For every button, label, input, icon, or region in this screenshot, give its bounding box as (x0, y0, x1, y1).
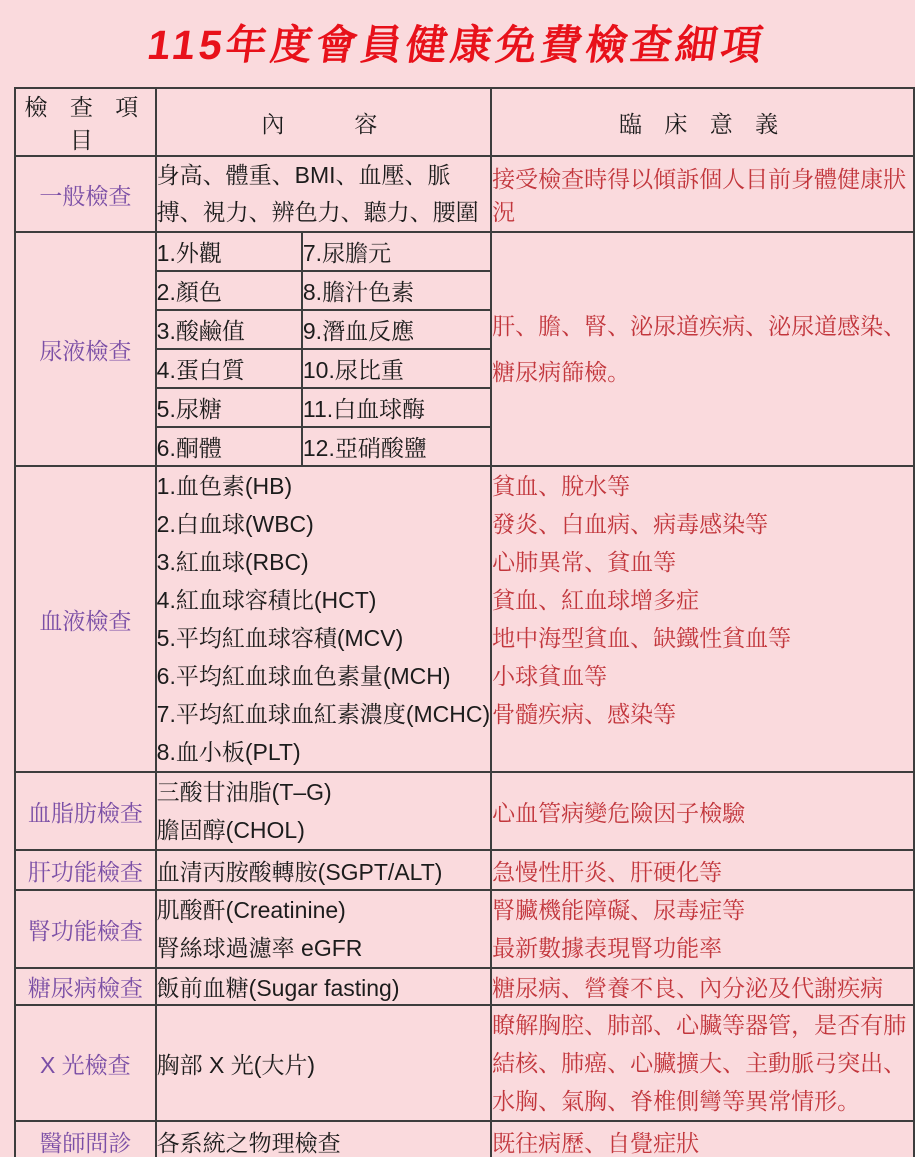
doctor-content: 各系統之物理檢查 (156, 1121, 492, 1157)
blood-meaning-line: 發炎、白血病、病毒感染等 (492, 505, 913, 543)
lipid-label: 血脂肪檢查 (15, 772, 156, 850)
urine-item: 12.亞硝酸鹽 (302, 427, 491, 466)
blood-item: 7.平均紅血球血紅素濃度(MCHC) (157, 695, 491, 733)
xray-label: X 光檢查 (15, 1005, 156, 1121)
row-doctor: 醫師問診 各系統之物理檢查 既往病歷、自覺症狀 (15, 1121, 914, 1157)
xray-content: 胸部 X 光(大片) (156, 1005, 492, 1121)
kidney-label: 腎功能檢查 (15, 890, 156, 968)
liver-label: 肝功能檢查 (15, 850, 156, 890)
blood-content: 1.血色素(HB) 2.白血球(WBC) 3.紅血球(RBC) 4.紅血球容積比… (156, 466, 492, 772)
blood-item: 5.平均紅血球容積(MCV) (157, 619, 491, 657)
kidney-line: 腎絲球過濾率 eGFR (157, 929, 491, 967)
row-general: 一般檢查 身高、體重、BMI、血壓、脈搏、視力、辨色力、聽力、腰圍 接受檢查時得… (15, 156, 914, 232)
page-title: 115年度會員健康免費檢查細項 (0, 12, 915, 71)
urine-item: 10.尿比重 (302, 349, 491, 388)
urine-meaning: 肝、膽、腎、泌尿道疾病、泌尿道感染、糖尿病篩檢。 (491, 232, 914, 466)
diabetes-content: 飯前血糖(Sugar fasting) (156, 968, 492, 1005)
liver-meaning: 急慢性肝炎、肝硬化等 (491, 850, 914, 890)
blood-label: 血液檢查 (15, 466, 156, 772)
kidney-line: 肌酸酐(Creatinine) (157, 891, 491, 929)
urine-meaning-text: 肝、膽、腎、泌尿道疾病、泌尿道感染、糖尿病篩檢。 (492, 303, 913, 395)
doctor-meaning: 既往病歷、自覺症狀 (491, 1121, 914, 1157)
row-diabetes: 糖尿病檢查 飯前血糖(Sugar fasting) 糖尿病、營養不良、內分泌及代… (15, 968, 914, 1005)
blood-item: 8.血小板(PLT) (157, 733, 491, 771)
row-xray: X 光檢查 胸部 X 光(大片) 瞭解胸腔、肺部、心臟等器管，是否有肺結核、肺癌… (15, 1005, 914, 1121)
blood-meaning-line: 小球貧血等 (492, 657, 913, 695)
lipid-meaning: 心血管病變危險因子檢驗 (491, 772, 914, 850)
kidney-content: 肌酸酐(Creatinine) 腎絲球過濾率 eGFR (156, 890, 492, 968)
urine-item: 4.蛋白質 (156, 349, 302, 388)
xray-meaning-text: 瞭解胸腔、肺部、心臟等器管，是否有肺結核、肺癌、心臟擴大、主動脈弓突出、水胸、氣… (492, 1006, 913, 1120)
general-label: 一般檢查 (15, 156, 156, 232)
kidney-meaning-line: 腎臟機能障礙、尿毒症等 (492, 891, 913, 929)
header-clinical-meaning: 臨 床 意 義 (491, 88, 914, 156)
urine-label: 尿液檢查 (15, 232, 156, 466)
row-liver: 肝功能檢查 血清丙胺酸轉胺(SGPT/ALT) 急慢性肝炎、肝硬化等 (15, 850, 914, 890)
blood-item: 3.紅血球(RBC) (157, 543, 491, 581)
urine-item: 7.尿膽元 (302, 232, 491, 271)
lipid-line: 膽固醇(CHOL) (157, 811, 491, 849)
table-header-row: 檢 查 項 目 內 容 臨 床 意 義 (15, 88, 914, 156)
blood-meaning-line: 貧血、脫水等 (492, 467, 913, 505)
urine-item: 2.顏色 (156, 271, 302, 310)
lipid-line: 三酸甘油脂(T–G) (157, 773, 491, 811)
lipid-content: 三酸甘油脂(T–G) 膽固醇(CHOL) (156, 772, 492, 850)
blood-item: 1.血色素(HB) (157, 467, 491, 505)
general-content-text: 身高、體重、BMI、血壓、脈搏、視力、辨色力、聽力、腰圍 (157, 157, 491, 231)
urine-item: 5.尿糖 (156, 388, 302, 427)
blood-meaning-line: 地中海型貧血、缺鐵性貧血等 (492, 619, 913, 657)
diabetes-label: 糖尿病檢查 (15, 968, 156, 1005)
urine-item: 8.膽汁色素 (302, 271, 491, 310)
urine-item: 1.外觀 (156, 232, 302, 271)
blood-meaning-line: 骨髓疾病、感染等 (492, 695, 913, 733)
health-check-table: 檢 查 項 目 內 容 臨 床 意 義 一般檢查 身高、體重、BMI、血壓、脈搏… (14, 87, 915, 1157)
liver-content: 血清丙胺酸轉胺(SGPT/ALT) (156, 850, 492, 890)
blood-meaning-line (492, 733, 913, 771)
blood-item: 6.平均紅血球血色素量(MCH) (157, 657, 491, 695)
blood-item: 4.紅血球容積比(HCT) (157, 581, 491, 619)
xray-meaning: 瞭解胸腔、肺部、心臟等器管，是否有肺結核、肺癌、心臟擴大、主動脈弓突出、水胸、氣… (491, 1005, 914, 1121)
urine-item: 11.白血球酶 (302, 388, 491, 427)
urine-item: 6.酮體 (156, 427, 302, 466)
blood-meaning-line: 心肺異常、貧血等 (492, 543, 913, 581)
urine-item: 9.潛血反應 (302, 310, 491, 349)
general-meaning: 接受檢查時得以傾訴個人目前身體健康狀況 (491, 156, 914, 232)
row-kidney: 腎功能檢查 肌酸酐(Creatinine) 腎絲球過濾率 eGFR 腎臟機能障礙… (15, 890, 914, 968)
row-blood: 血液檢查 1.血色素(HB) 2.白血球(WBC) 3.紅血球(RBC) 4.紅… (15, 466, 914, 772)
header-content: 內 容 (156, 88, 492, 156)
general-content: 身高、體重、BMI、血壓、脈搏、視力、辨色力、聽力、腰圍 (156, 156, 492, 232)
blood-item: 2.白血球(WBC) (157, 505, 491, 543)
diabetes-meaning: 糖尿病、營養不良、內分泌及代謝疾病 (491, 968, 914, 1005)
kidney-meaning-line: 最新數據表現腎功能率 (492, 929, 913, 967)
doctor-label: 醫師問診 (15, 1121, 156, 1157)
blood-meaning-line: 貧血、紅血球增多症 (492, 581, 913, 619)
kidney-meaning: 腎臟機能障礙、尿毒症等 最新數據表現腎功能率 (491, 890, 914, 968)
header-check-item: 檢 查 項 目 (15, 88, 156, 156)
row-urine-1: 尿液檢查 1.外觀 7.尿膽元 肝、膽、腎、泌尿道疾病、泌尿道感染、糖尿病篩檢。 (15, 232, 914, 271)
blood-meaning: 貧血、脫水等 發炎、白血病、病毒感染等 心肺異常、貧血等 貧血、紅血球增多症 地… (491, 466, 914, 772)
row-lipid: 血脂肪檢查 三酸甘油脂(T–G) 膽固醇(CHOL) 心血管病變危險因子檢驗 (15, 772, 914, 850)
urine-item: 3.酸鹼值 (156, 310, 302, 349)
